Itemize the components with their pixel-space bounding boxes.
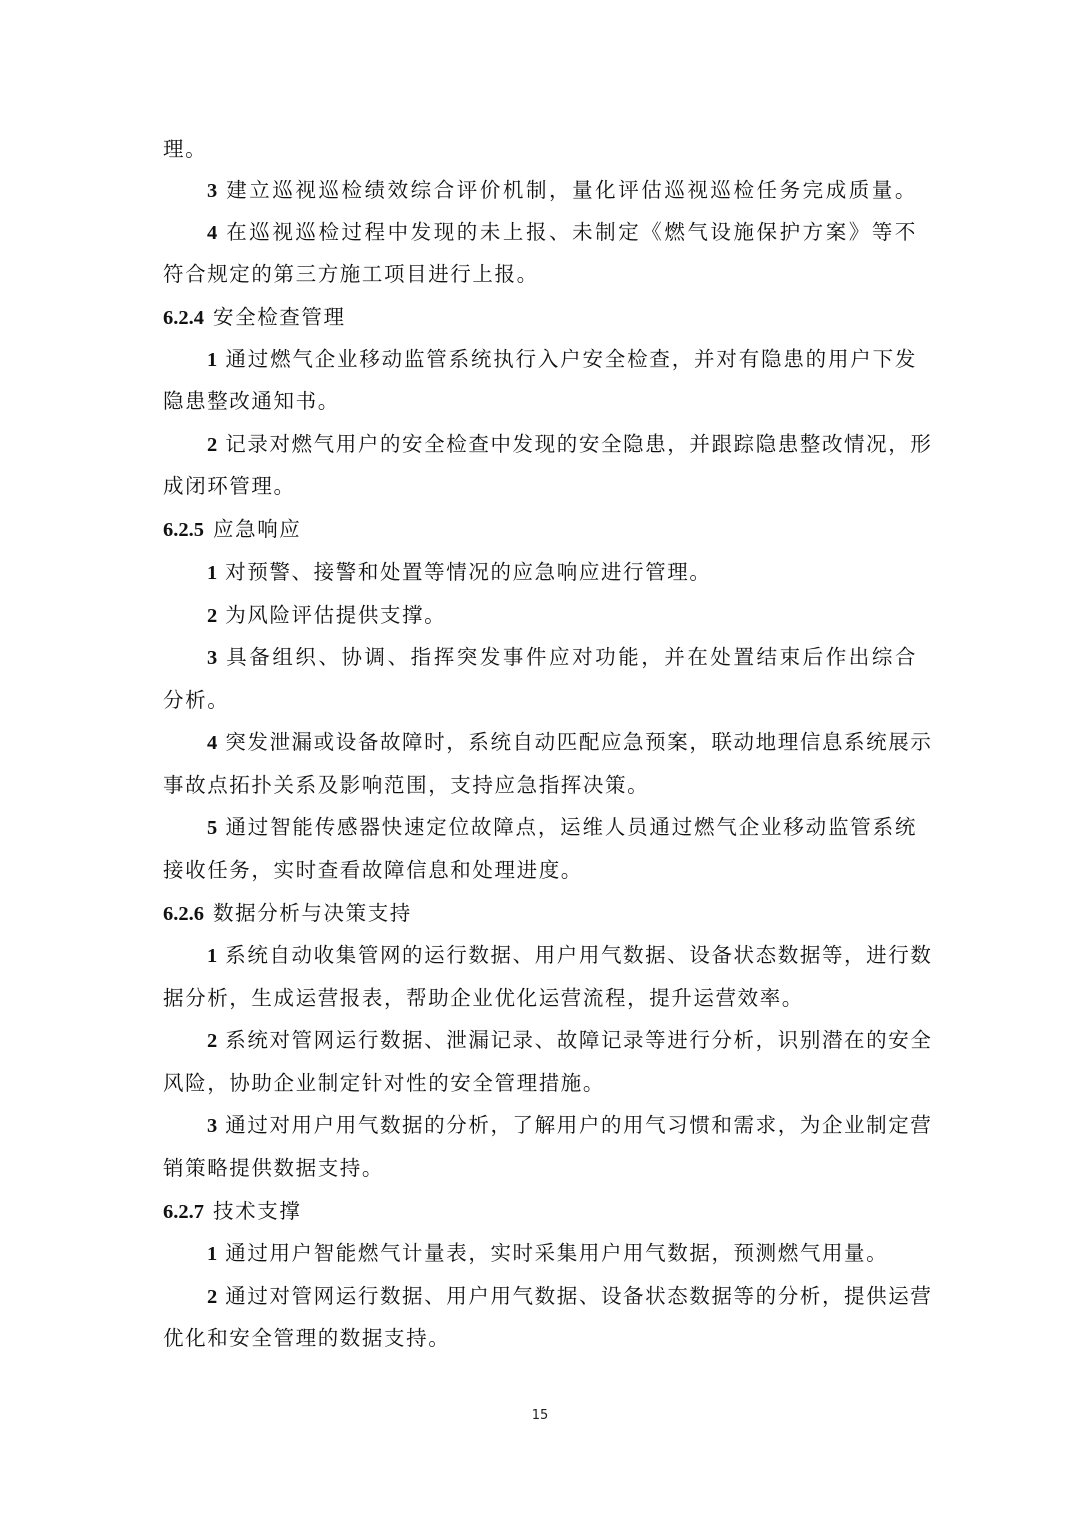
section-number: 6.2.7 — [163, 1201, 204, 1223]
paragraph-continuation: 符合规定的第三方施工项目进行上报。 — [163, 259, 539, 289]
line-text: 通过对管网运行数据、用户用气数据、设备状态数据等的分析，提供运营 — [225, 1284, 932, 1308]
paragraph-continuation: 分析。 — [163, 685, 229, 715]
item-number: 2 — [207, 605, 217, 627]
line-text: 风险，协助企业制定针对性的安全管理措施。 — [163, 1071, 605, 1095]
section-number: 6.2.4 — [163, 307, 204, 329]
section-heading: 6.2.5应急响应 — [163, 514, 301, 545]
item-number: 4 — [207, 732, 217, 754]
item-number: 2 — [207, 434, 217, 456]
line-text: 事故点拓扑关系及影响范围，支持应急指挥决策。 — [163, 773, 649, 797]
line-text: 成闭环管理。 — [163, 474, 296, 498]
line-text: 系统自动收集管网的运行数据、用户用气数据、设备状态数据等，进行数 — [225, 943, 932, 967]
line-text: 突发泄漏或设备故障时，系统自动匹配应急预案，联动地理信息系统展示 — [225, 730, 932, 754]
line-text: 通过燃气企业移动监管系统执行入户安全检查，并对有隐患的用户下发 — [225, 347, 917, 371]
item-number: 3 — [207, 1115, 217, 1137]
section-heading: 6.2.6数据分析与决策支持 — [163, 898, 412, 929]
paragraph-continuation: 风险，协助企业制定针对性的安全管理措施。 — [163, 1068, 605, 1098]
line-text: 接收任务，实时查看故障信息和处理进度。 — [163, 858, 583, 882]
list-item: 1通过用户智能燃气计量表，实时采集用户用气数据，预测燃气用量。 — [207, 1238, 888, 1269]
paragraph-continuation: 销策略提供数据支持。 — [163, 1153, 384, 1183]
section-title: 应急响应 — [213, 517, 301, 541]
line-text: 隐患整改通知书。 — [163, 389, 340, 413]
list-item: 2通过对管网运行数据、用户用气数据、设备状态数据等的分析，提供运营 — [207, 1281, 917, 1312]
list-item: 4在巡视巡检过程中发现的未上报、未制定《燃气设施保护方案》等不 — [207, 217, 917, 248]
line-text: 通过对用户用气数据的分析，了解用户的用气习惯和需求，为企业制定营 — [225, 1113, 932, 1137]
list-item: 3通过对用户用气数据的分析，了解用户的用气习惯和需求，为企业制定营 — [207, 1110, 917, 1141]
item-number: 1 — [207, 1243, 217, 1265]
item-number: 4 — [207, 222, 217, 244]
section-heading: 6.2.4安全检查管理 — [163, 302, 346, 333]
line-text: 符合规定的第三方施工项目进行上报。 — [163, 262, 539, 286]
line-text: 对预警、接警和处置等情况的应急响应进行管理。 — [225, 560, 711, 584]
section-number: 6.2.6 — [163, 903, 204, 925]
item-number: 3 — [207, 180, 217, 202]
section-title: 技术支撑 — [213, 1199, 301, 1223]
paragraph-continuation: 优化和安全管理的数据支持。 — [163, 1323, 450, 1353]
line-text: 为风险评估提供支撑。 — [225, 603, 446, 627]
section-title: 数据分析与决策支持 — [213, 901, 412, 925]
line-text: 分析。 — [163, 688, 229, 712]
item-number: 5 — [207, 817, 217, 839]
line-text: 建立巡视巡检绩效综合评价机制，量化评估巡视巡检任务完成质量。 — [225, 178, 917, 202]
paragraph-continuation: 隐患整改通知书。 — [163, 386, 340, 416]
section-heading: 6.2.7技术支撑 — [163, 1196, 301, 1227]
item-number: 3 — [207, 647, 217, 669]
section-title: 安全检查管理 — [213, 305, 346, 329]
item-number: 2 — [207, 1286, 217, 1308]
list-item: 3建立巡视巡检绩效综合评价机制，量化评估巡视巡检任务完成质量。 — [207, 175, 917, 206]
line-text: 具备组织、协调、指挥突发事件应对功能，并在处置结束后作出综合 — [225, 645, 917, 669]
list-item: 1系统自动收集管网的运行数据、用户用气数据、设备状态数据等，进行数 — [207, 940, 917, 971]
line-text: 在巡视巡检过程中发现的未上报、未制定《燃气设施保护方案》等不 — [225, 220, 917, 244]
list-item: 2系统对管网运行数据、泄漏记录、故障记录等进行分析，识别潜在的安全 — [207, 1025, 917, 1056]
line-text: 记录对燃气用户的安全检查中发现的安全隐患，并跟踪隐患整改情况，形 — [225, 432, 932, 456]
line-text: 系统对管网运行数据、泄漏记录、故障记录等进行分析，识别潜在的安全 — [225, 1028, 932, 1052]
list-item: 1对预警、接警和处置等情况的应急响应进行管理。 — [207, 557, 711, 588]
list-item: 2记录对燃气用户的安全检查中发现的安全隐患，并跟踪隐患整改情况，形 — [207, 429, 917, 460]
line-text: 通过智能传感器快速定位故障点，运维人员通过燃气企业移动监管系统 — [225, 815, 917, 839]
paragraph-continuation: 成闭环管理。 — [163, 471, 296, 501]
list-item: 1通过燃气企业移动监管系统执行入户安全检查，并对有隐患的用户下发 — [207, 344, 917, 375]
section-number: 6.2.5 — [163, 519, 204, 541]
line-text: 通过用户智能燃气计量表，实时采集用户用气数据，预测燃气用量。 — [225, 1241, 888, 1265]
list-item: 3具备组织、协调、指挥突发事件应对功能，并在处置结束后作出综合 — [207, 642, 917, 673]
line-text: 销策略提供数据支持。 — [163, 1156, 384, 1180]
line-text: 理。 — [163, 137, 207, 161]
line-text: 优化和安全管理的数据支持。 — [163, 1326, 450, 1350]
item-number: 1 — [207, 562, 217, 584]
paragraph-continuation: 事故点拓扑关系及影响范围，支持应急指挥决策。 — [163, 770, 649, 800]
list-item: 4突发泄漏或设备故障时，系统自动匹配应急预案，联动地理信息系统展示 — [207, 727, 917, 758]
paragraph-continuation: 据分析，生成运营报表，帮助企业优化运营流程，提升运营效率。 — [163, 983, 804, 1013]
line-text: 据分析，生成运营报表，帮助企业优化运营流程，提升运营效率。 — [163, 986, 804, 1010]
item-number: 2 — [207, 1030, 217, 1052]
paragraph-continuation: 理。 — [163, 134, 207, 164]
list-item: 5通过智能传感器快速定位故障点，运维人员通过燃气企业移动监管系统 — [207, 812, 917, 843]
paragraph-continuation: 接收任务，实时查看故障信息和处理进度。 — [163, 855, 583, 885]
item-number: 1 — [207, 349, 217, 371]
item-number: 1 — [207, 945, 217, 967]
page-number: 15 — [0, 1408, 1080, 1423]
list-item: 2为风险评估提供支撑。 — [207, 600, 446, 631]
